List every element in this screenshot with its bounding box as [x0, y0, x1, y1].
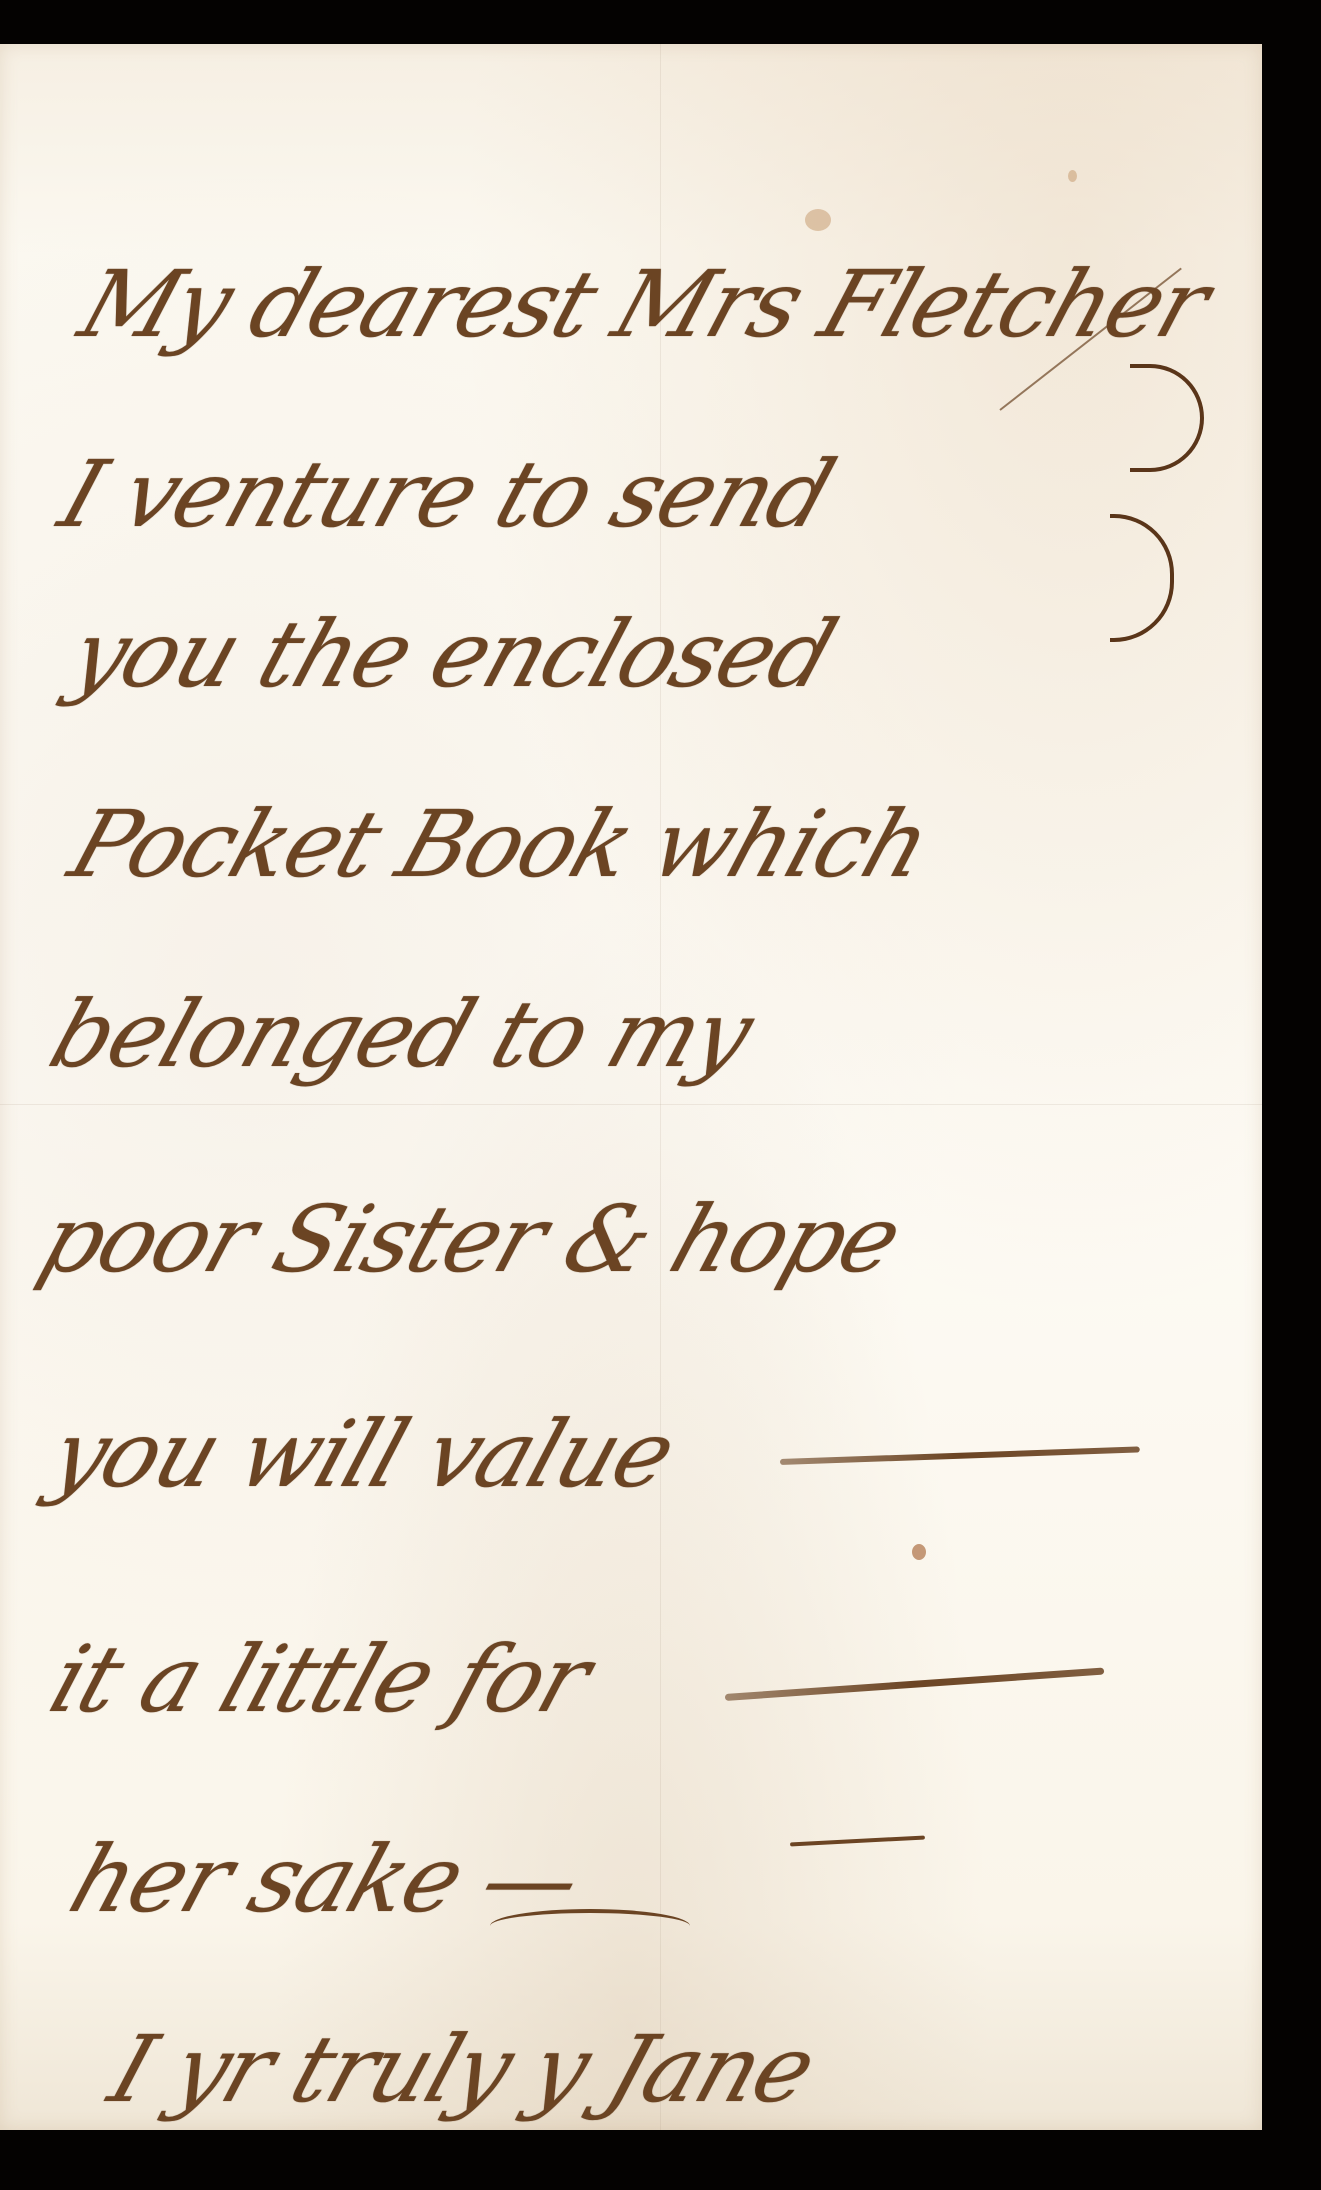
underline-her	[725, 1668, 1105, 1701]
letter-salutation: My dearest Mrs Fletcher	[70, 259, 1218, 351]
letter-line-4: belonged to my	[40, 989, 762, 1081]
bracket-stroke	[1130, 364, 1204, 472]
paper-fold-horizontal	[0, 1104, 1262, 1105]
letter-page: My dearest Mrs Fletcher I venture to sen…	[0, 44, 1262, 2130]
flourish-arc	[490, 1909, 690, 1943]
ink-stain	[912, 1544, 926, 1560]
letter-line-2: you the enclosed	[60, 609, 844, 701]
letter-line-3: Pocket Book which	[60, 799, 939, 891]
underline-value	[780, 1446, 1140, 1465]
letter-line-6: you will value	[40, 1409, 684, 1501]
bracket-stroke	[1110, 514, 1174, 642]
ink-stain	[1068, 170, 1077, 182]
letter-line-8: her sake —	[60, 1834, 590, 1926]
ink-stain	[805, 209, 831, 231]
letter-line-7: it a little for	[40, 1634, 599, 1726]
letter-line-5: poor Sister & hope	[30, 1194, 910, 1286]
dash-stroke	[790, 1835, 925, 1846]
letter-closing: I yr truly y Jane	[100, 2024, 824, 2116]
letter-line-1: I venture to send	[50, 449, 842, 541]
